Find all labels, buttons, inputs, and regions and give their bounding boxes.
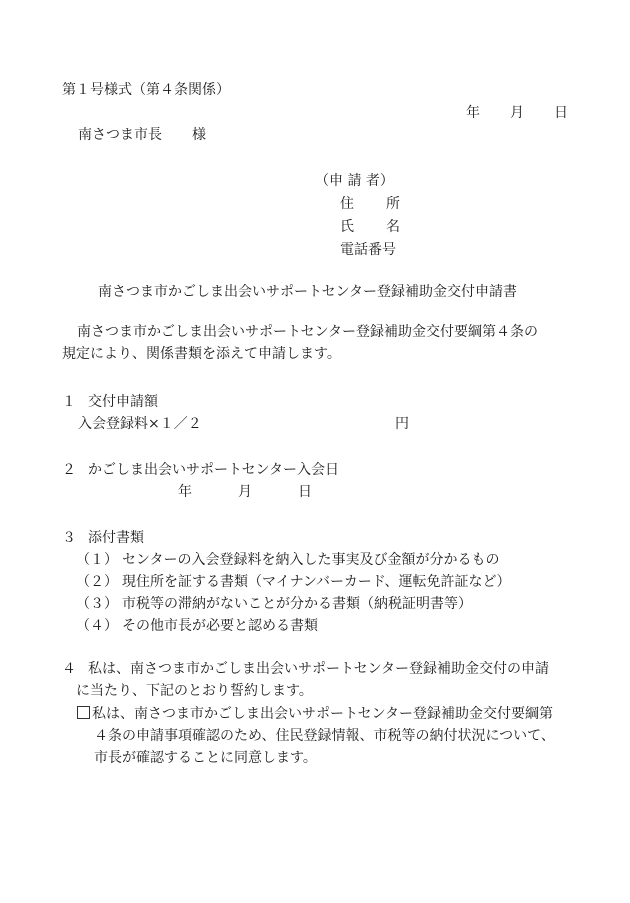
attachment-item: （２）現住所を証する書類（マイナンバーカード、運転免許証など） bbox=[62, 571, 511, 593]
document-page: 第１号様式（第４条関係） 年月日 南さつま市長様 （申 請 者） 住所 氏名 電… bbox=[0, 0, 630, 903]
consent-statement: 私は、南さつま市かごしま出会いサポートセンター登録補助金交付要綱第 ４条の申請事… bbox=[77, 703, 582, 769]
form-number: 第１号様式（第４条関係） bbox=[62, 79, 230, 101]
date-year-label: 年 bbox=[466, 102, 480, 124]
section-2-heading: ２かごしま出会いサポートセンター入会日 bbox=[62, 459, 339, 481]
section-4: ４私は、南さつま市かごしま出会いサポートセンター登録補助金交付の申請 に当たり、… bbox=[62, 658, 582, 702]
intro-line-1: 南さつま市かごしま出会いサポートセンター登録補助金交付要綱第４条の bbox=[62, 321, 582, 343]
date-month-label: 月 bbox=[510, 102, 524, 124]
section-1-formula: 入会登録料×１／２ bbox=[62, 413, 202, 435]
section-3: ３添付書類 （１）センターの入会登録料を納入した事実及び金額が分かるもの （２）… bbox=[62, 527, 511, 637]
consent-line-2: ４条の申請事項確認のため、住民登録情報、市税等の納付状況について、 bbox=[77, 725, 582, 747]
intro-paragraph: 南さつま市かごしま出会いサポートセンター登録補助金交付要綱第４条の 規定により、… bbox=[62, 321, 582, 365]
section-4-line-2: に当たり、下記のとおり誓約します。 bbox=[62, 680, 582, 702]
attachment-item: （４）その他市長が必要と認める書類 bbox=[62, 615, 511, 637]
consent-checkbox[interactable] bbox=[77, 706, 90, 719]
application-date: 年月日 bbox=[466, 102, 568, 124]
amount-unit-yen: 円 bbox=[395, 413, 409, 435]
addressee: 南さつま市長様 bbox=[78, 124, 206, 146]
consent-line-3: 市長が確認することに同意します。 bbox=[77, 747, 582, 769]
section-4-line-1: ４私は、南さつま市かごしま出会いサポートセンター登録補助金交付の申請 bbox=[62, 658, 582, 680]
section-1-heading: １交付申請額 bbox=[62, 391, 202, 413]
attachment-item: （１）センターの入会登録料を納入した事実及び金額が分かるもの bbox=[62, 549, 511, 571]
applicant-phone-label: 電話番号 bbox=[315, 239, 400, 262]
addressee-honorific: 様 bbox=[192, 127, 206, 143]
membership-month-label: 月 bbox=[238, 481, 252, 503]
intro-line-2: 規定により、関係書類を添えて申請します。 bbox=[62, 343, 582, 365]
date-day-label: 日 bbox=[554, 102, 568, 124]
membership-date: 年月日 bbox=[178, 481, 312, 503]
applicant-name-label: 氏名 bbox=[315, 216, 400, 239]
applicant-block: （申 請 者） 住所 氏名 電話番号 bbox=[315, 170, 400, 262]
attachment-item: （３）市税等の滞納がないことが分かる書類（納税証明書等） bbox=[62, 593, 511, 615]
section-3-heading: ３添付書類 bbox=[62, 527, 511, 549]
addressee-name: 南さつま市長 bbox=[78, 127, 162, 143]
applicant-heading: （申 請 者） bbox=[315, 170, 400, 193]
document-title: 南さつま市かごしま出会いサポートセンター登録補助金交付申請書 bbox=[98, 281, 517, 303]
consent-line-1: 私は、南さつま市かごしま出会いサポートセンター登録補助金交付要綱第 bbox=[77, 703, 582, 725]
section-1: １交付申請額 入会登録料×１／２ bbox=[62, 391, 202, 435]
membership-day-label: 日 bbox=[298, 481, 312, 503]
applicant-address-label: 住所 bbox=[315, 193, 400, 216]
membership-year-label: 年 bbox=[178, 481, 192, 503]
